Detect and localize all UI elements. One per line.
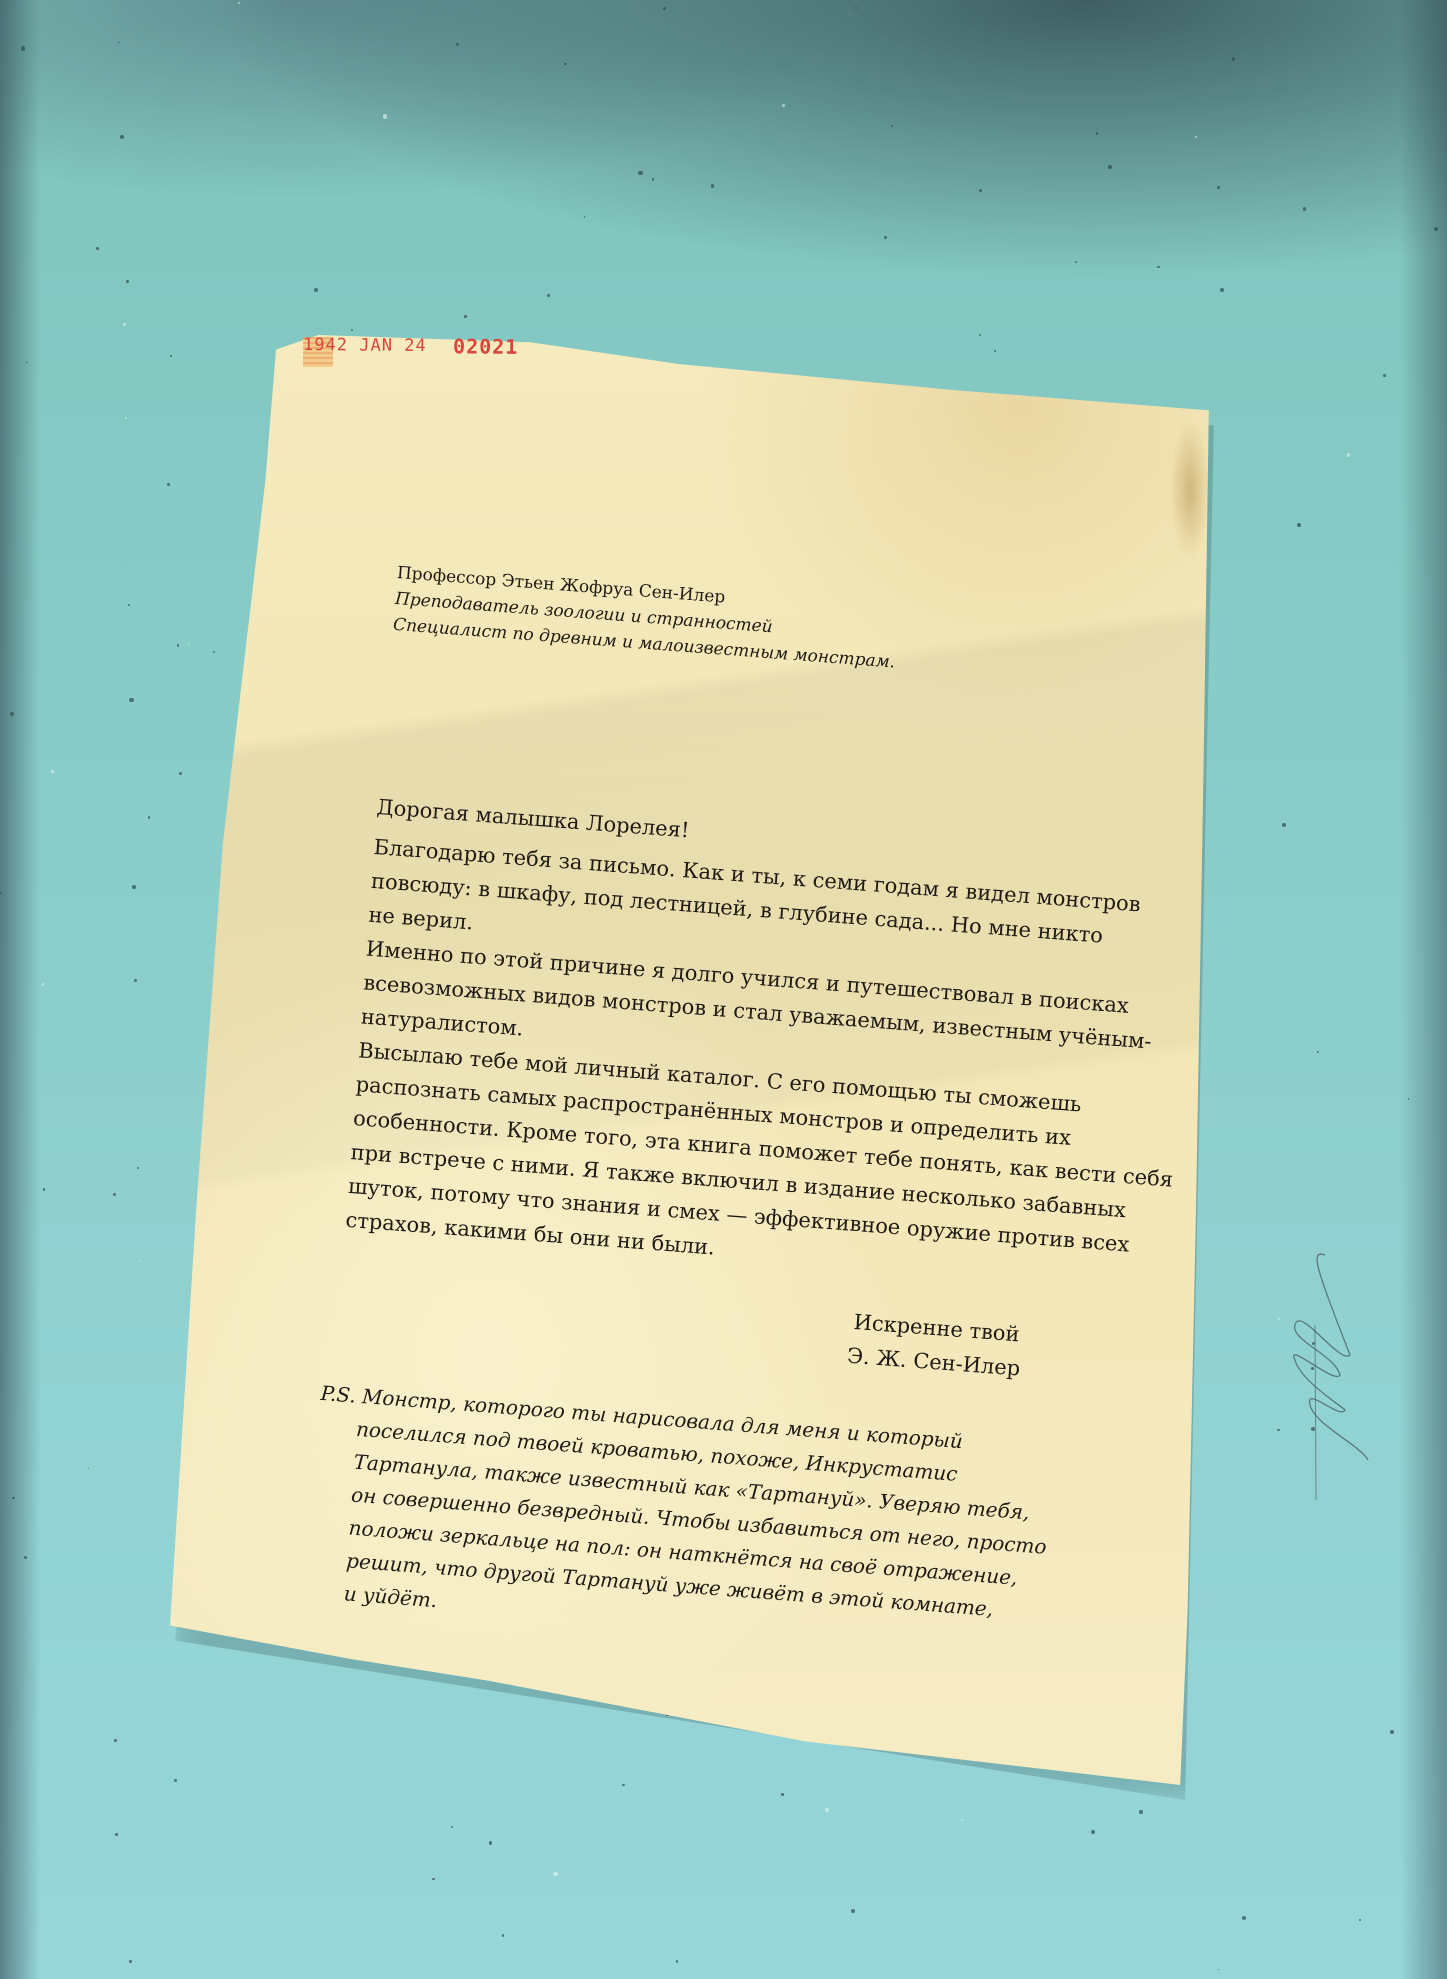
letter-paragraphs: Благодарю тебя за письмо. Как и ты, к се… — [344, 830, 1073, 1289]
paper-stain — [1170, 420, 1210, 560]
pencil-scribble-icon — [1280, 1245, 1370, 1505]
postmark: 1942 JAN 24 02021 — [303, 333, 538, 379]
postmark-date: 1942 JAN 24 — [303, 335, 427, 356]
postmark-number: 02021 — [453, 334, 518, 359]
letter-closing: Искренне твой Э. Ж. Сен-Илер — [850, 1305, 1024, 1386]
letter-body: Дорогая малышка Лорелея! Благодарю тебя … — [344, 790, 1076, 1289]
